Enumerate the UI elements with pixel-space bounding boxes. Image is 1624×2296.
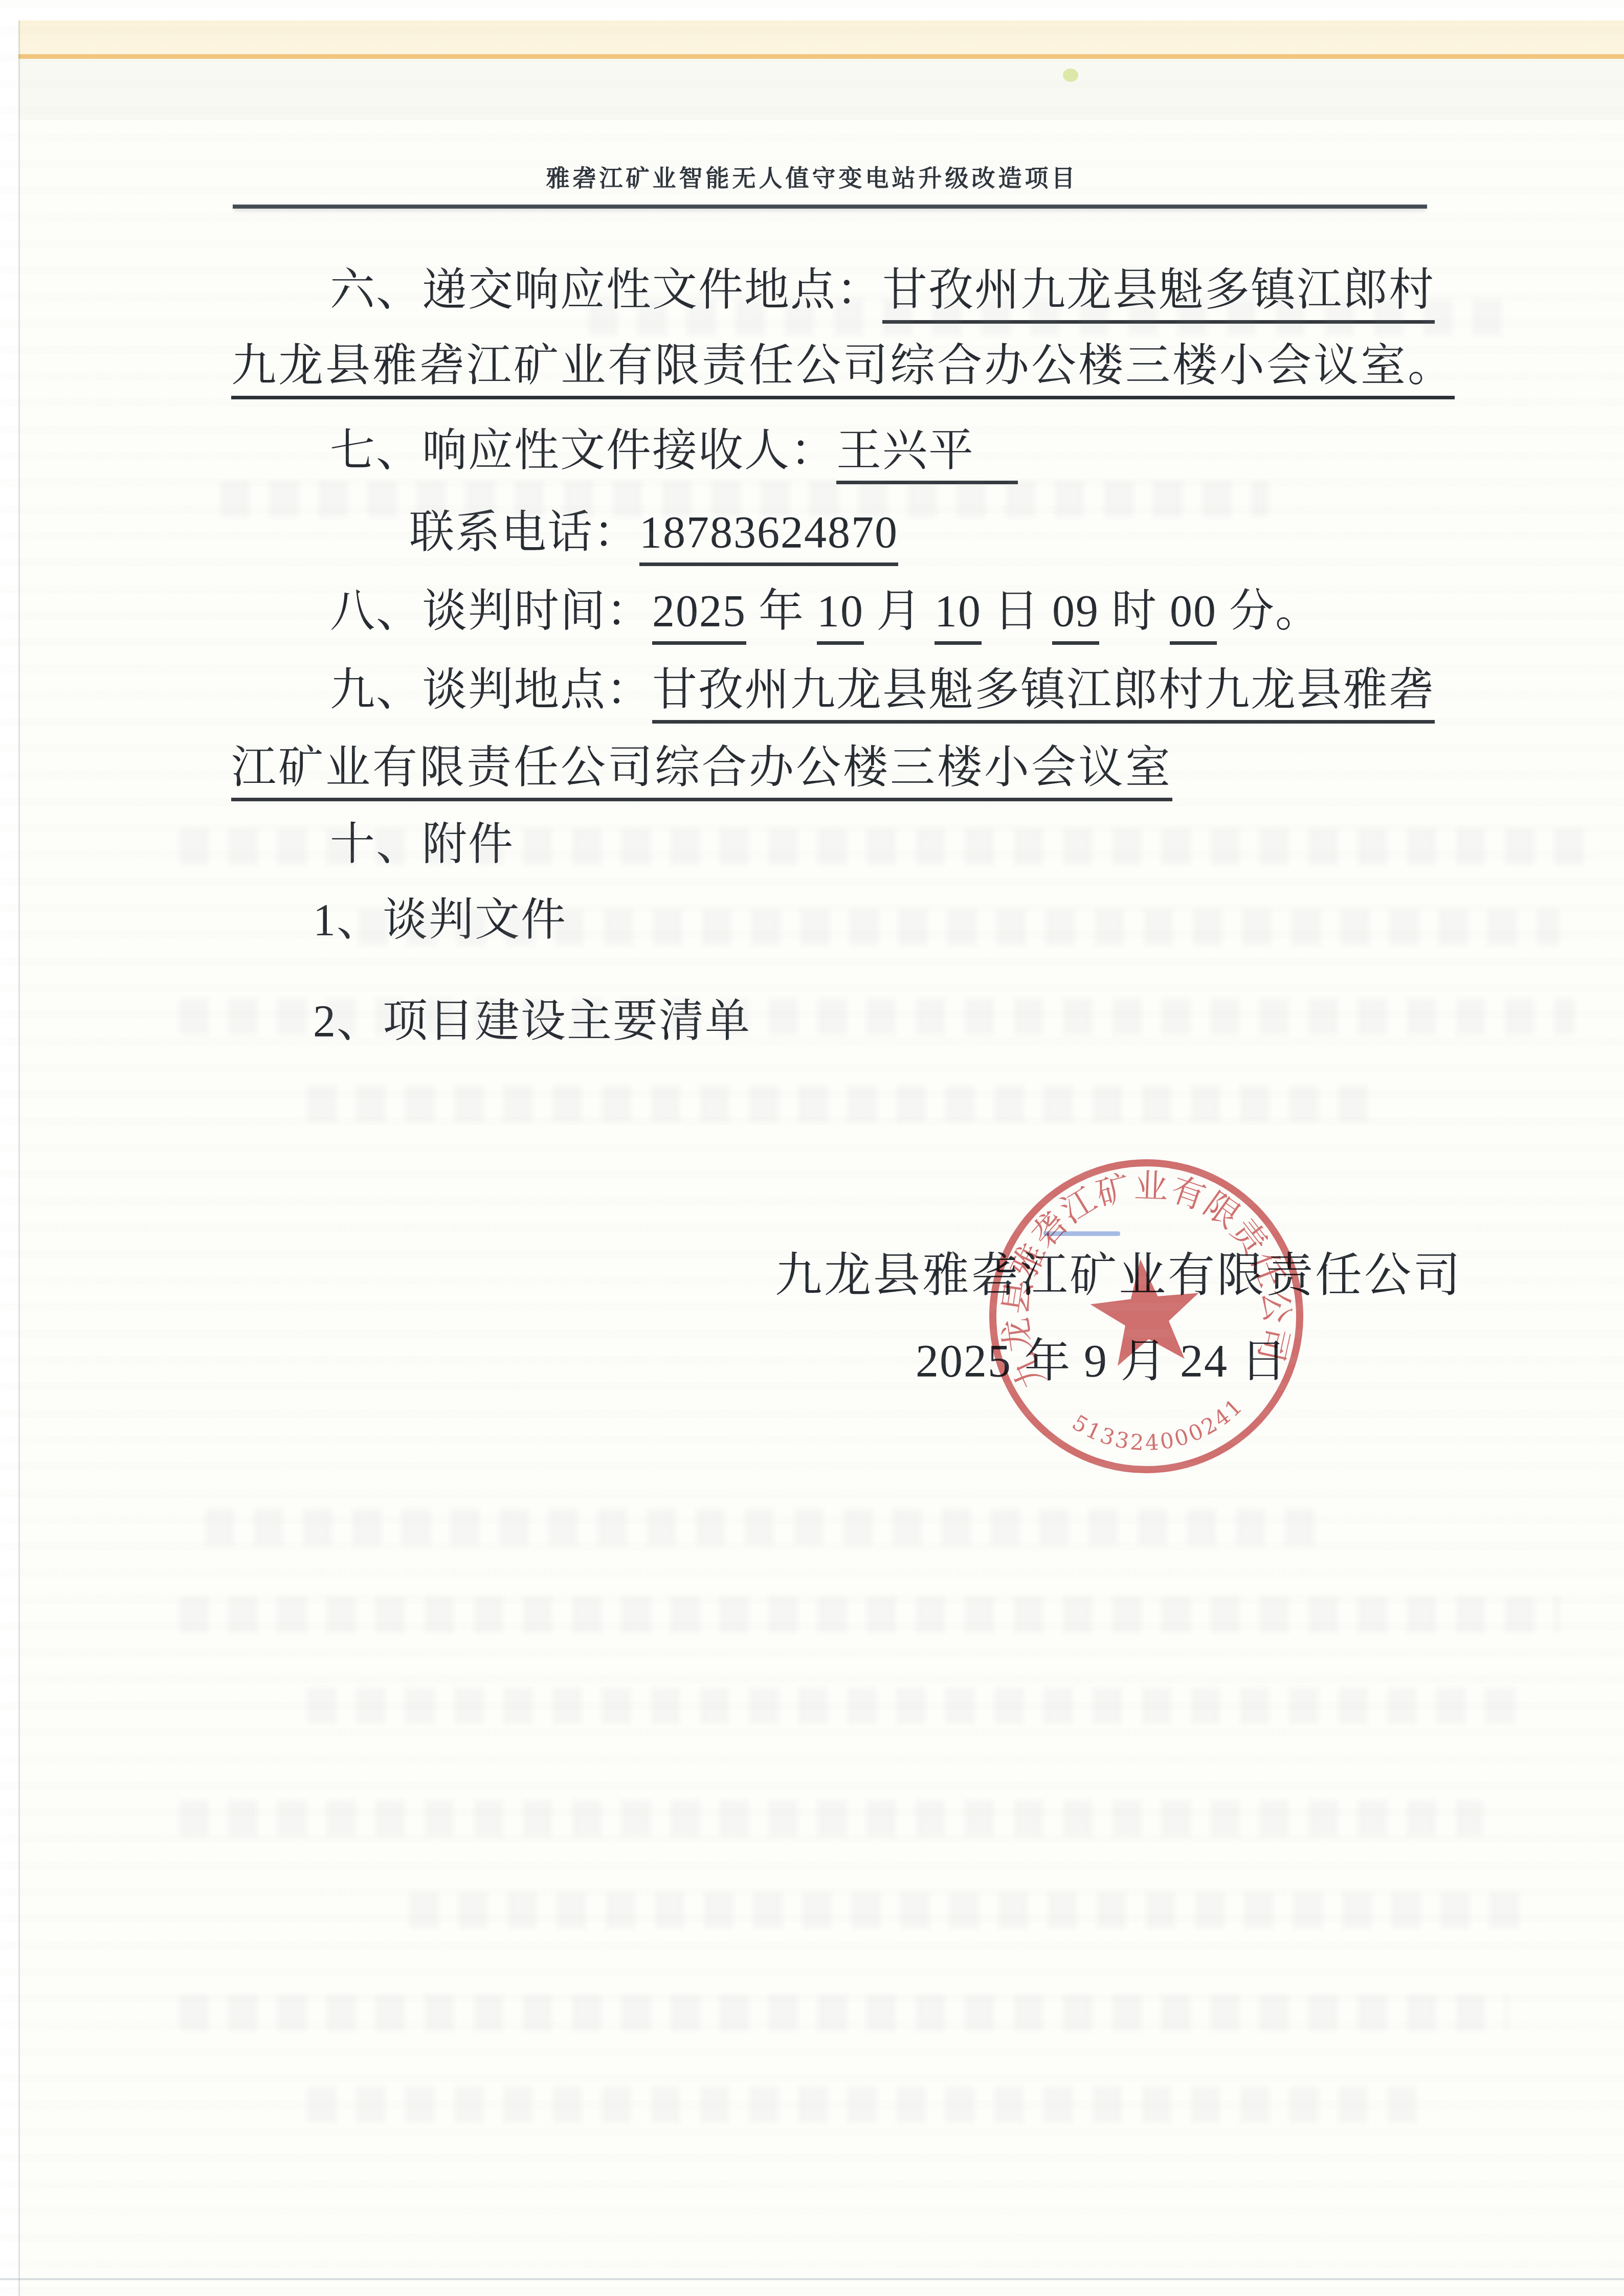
paper-top-shade (18, 59, 1624, 120)
item8-day-underlined: 10 (935, 587, 982, 645)
attachment1-line: 1、谈判文件 (313, 894, 567, 947)
attachment1-text: 1、谈判文件 (313, 895, 567, 945)
item8-minute-underlined: 00 (1170, 587, 1217, 645)
phone-value-underlined: 18783624870 (639, 508, 898, 566)
item8-day-unit: 日 (982, 587, 1052, 636)
item6-label: 六、递交响应性文件地点： (330, 265, 882, 315)
bleed-artifact (307, 1085, 1381, 1122)
paper-left-edge (18, 20, 20, 2296)
item9-value2-underlined: 江矿业有限责任公司综合办公楼三楼小会议室 (231, 743, 1172, 801)
bleed-artifact (179, 1800, 1483, 1837)
item8-label: 八、谈判时间： (330, 587, 652, 636)
item10-label: 十、附件 (330, 820, 514, 869)
attachment2-line: 2、项目建设主要清单 (313, 995, 751, 1048)
item8-year-unit: 年 (746, 587, 817, 636)
scan-speck (1063, 69, 1078, 82)
item7-line: 七、响应性文件接收人：王兴平 (330, 424, 1018, 478)
item8-year-underlined: 2025 (652, 587, 746, 645)
bleed-artifact (307, 2086, 1432, 2123)
item8-minute-unit: 分。 (1217, 587, 1321, 636)
bleed-artifact (409, 1892, 1534, 1929)
phone-label: 联系电话： (409, 508, 639, 557)
bleed-artifact (179, 1596, 1560, 1633)
page-header-project-title: 雅砻江矿业智能无人值守变电站升级改造项目 (0, 160, 1624, 193)
scan-margin-left (0, 0, 18, 2296)
bleed-artifact (307, 1687, 1534, 1724)
item9-label: 九、谈判地点： (330, 665, 652, 715)
scan-margin-top (0, 0, 1624, 20)
item6-value2-underlined: 九龙县雅砻江矿业有限责任公司综合办公楼三楼小会议室。 (231, 341, 1455, 399)
seal-star (1086, 1253, 1205, 1368)
item8-month-unit: 月 (864, 587, 935, 636)
item8-hour-underlined: 09 (1052, 587, 1099, 645)
phone-line: 联系电话：18783624870 (409, 506, 898, 559)
item6-value-underlined: 甘孜州九龙县魁多镇江郎村 (882, 265, 1435, 324)
scanned-document-page: 雅砻江矿业智能无人值守变电站升级改造项目 六、递交响应性文件地点：甘孜州九龙县魁… (0, 0, 1624, 2296)
paper-top-band (18, 20, 1624, 59)
official-seal: 九龙县雅砻江矿业有限责任公司 5133240002413 (985, 1155, 1308, 1478)
item9-line1: 九、谈判地点：甘孜州九龙县魁多镇江郎村九龙县雅砻 (330, 664, 1435, 717)
item9-value-underlined: 甘孜州九龙县魁多镇江郎村九龙县雅砻 (652, 665, 1435, 724)
item8-hour-unit: 时 (1099, 587, 1170, 636)
item10-line: 十、附件 (330, 818, 514, 871)
item8-month-underlined: 10 (817, 587, 864, 645)
item7-value-underlined: 王兴平 (836, 426, 1018, 484)
bleed-artifact (205, 1509, 1330, 1545)
item6-line1: 六、递交响应性文件地点：甘孜州九龙县魁多镇江郎村 (330, 264, 1435, 317)
header-rule (233, 205, 1427, 209)
item8-line: 八、谈判时间：2025 年 10 月 10 日 09 时 00 分。 (330, 585, 1321, 638)
bleed-artifact (179, 1994, 1509, 2031)
item7-label: 七、响应性文件接收人： (330, 426, 836, 476)
item9-line2: 江矿业有限责任公司综合办公楼三楼小会议室 (231, 741, 1172, 795)
paper-bottom-edge (0, 2278, 1624, 2280)
attachment2-text: 2、项目建设主要清单 (313, 997, 751, 1046)
item6-line2: 九龙县雅砻江矿业有限责任公司综合办公楼三楼小会议室。 (231, 340, 1455, 393)
